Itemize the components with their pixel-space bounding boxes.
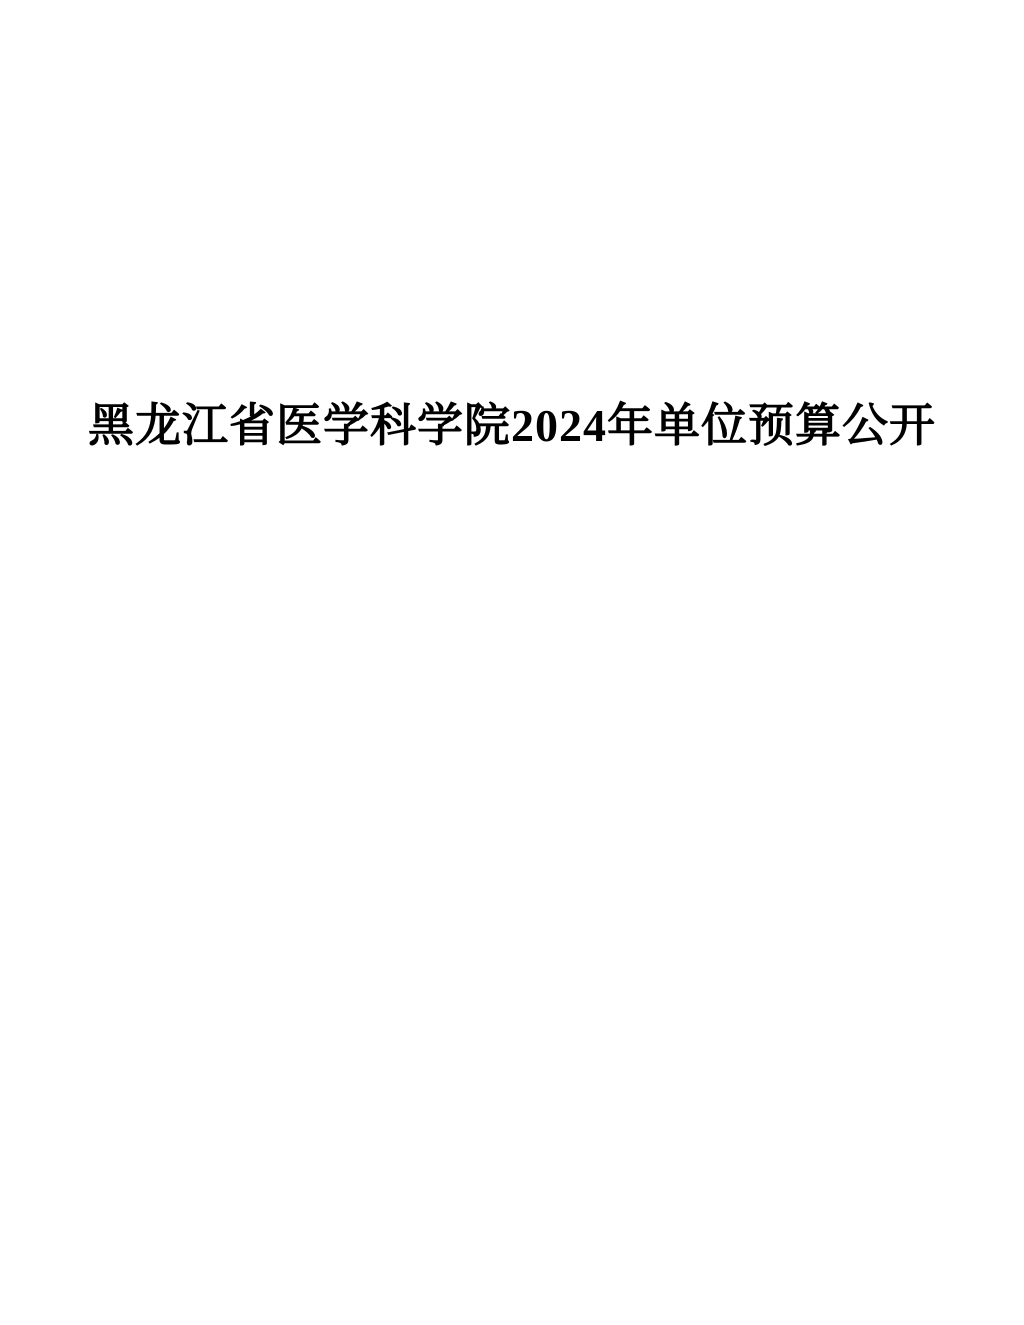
document-page: 黑龙江省医学科学院2024年单位预算公开	[0, 0, 1024, 1325]
document-title: 黑龙江省医学科学院2024年单位预算公开	[0, 398, 1024, 453]
